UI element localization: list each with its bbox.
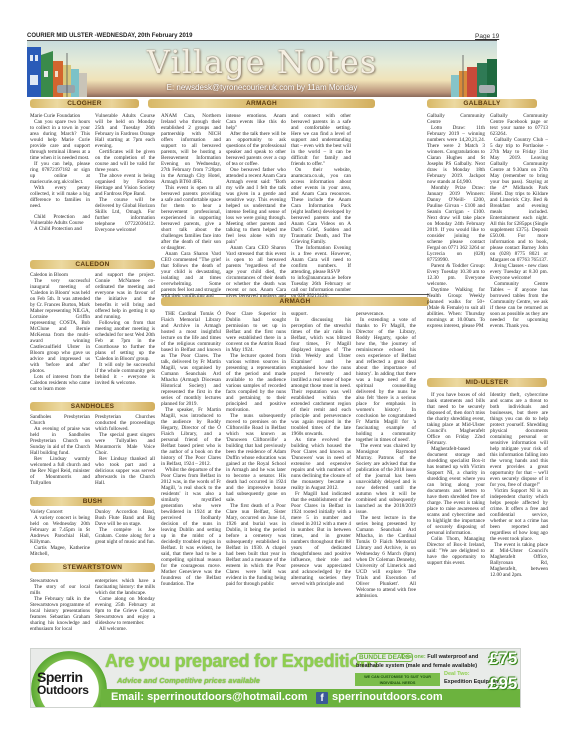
sperrin-outdoors-advert[interactable]: Sperrin Outdoors Are you prepared for Ex…	[30, 648, 521, 708]
deal-one: Deal one: Full waterproof and	[401, 654, 478, 660]
midulster-col-1: If you have boxes of old bank statements…	[427, 392, 485, 566]
section-header-bush: BUSH	[30, 497, 155, 506]
banner-title: Village Notes	[27, 43, 497, 81]
sandholes-col-2: Presbyterian Churches conducted the proc…	[95, 414, 155, 486]
advert-website-link[interactable]: sperrinoutdoors.com	[332, 691, 443, 703]
stewartstown-col-2: enterprises which have a fascinating his…	[95, 578, 155, 632]
facebook-icon[interactable]: f	[316, 692, 328, 704]
price-deal-two: £95	[489, 674, 517, 694]
galbally-col-2: Galbally Community Centre Facebook page …	[490, 113, 548, 329]
armagh2-col-1: THE Cardinal Tomás Ó Fiaich Memorial Lib…	[161, 311, 221, 587]
caledon-col-1: Caledon in Bloom The very successful ina…	[30, 272, 90, 392]
bush-col-1: Variety Concert A variety concert is bei…	[30, 509, 90, 557]
sandholes-col-1: Sandholes Presbyterian Church An evening…	[30, 414, 90, 486]
price-deal-one: £75	[489, 649, 517, 669]
page-number: Page 19	[475, 33, 499, 40]
advert-subline: Advice and Competitive prices available	[117, 676, 260, 685]
village-notes-banner: Village Notes E: newsdesk@tyronecourier.…	[27, 41, 497, 97]
section-header-armagh: ARMAGH	[148, 99, 375, 108]
caledon-col-2: and support the project. Connie McNamee …	[95, 272, 155, 386]
deal-two-label: Deal Two:	[444, 671, 470, 677]
armagh1-col-2: intense emotions. Anam Cara events like …	[226, 113, 286, 305]
customise-badge: WE CAN CUSTOMISE TO SUIT YOUR INDIVIDUAL…	[355, 673, 440, 686]
armagh1-col-3: and connect with other bereaved parents …	[291, 113, 351, 299]
clogher-col-1: Marie Curie Foundation Can you spare two…	[30, 113, 90, 232]
advert-headline: Are you prepared for Expedition?	[105, 651, 381, 672]
bush-col-2: Dunloy Accordion Band, Bush Flute Band a…	[95, 509, 155, 545]
section-header-clogher: CLOGHER	[30, 99, 139, 108]
armagh2-col-2: Poor Clare Superior in Dublin had sought…	[226, 311, 286, 587]
armagh-divider	[161, 294, 429, 295]
section-header-mid-ulster: MID-ULSTER	[427, 378, 547, 387]
section-header-caledon: CALEDON	[30, 260, 155, 269]
armagh2-col-4: perseverance. In extending a vote of tha…	[356, 311, 416, 599]
brand-name-line-2: Outdoors	[37, 683, 89, 697]
armagh1-col-1: ANAM Cara, Northern Ireland who through …	[161, 113, 221, 299]
banner-email: E: newsdesk@tyronecourier.uk.com by 11am…	[27, 83, 497, 92]
stewartstown-col-1: Stewartstown The story of our local mill…	[30, 578, 90, 632]
galbally-col-1: Galbally Community Centre Lotto Draw: 11…	[427, 113, 485, 329]
deal-one-detail: breathable system (male and female avail…	[356, 663, 477, 669]
section-header-stewartstown: STEWARTSTOWN	[30, 563, 155, 572]
armagh2-col-3: support. In discussing his perception of…	[291, 311, 351, 587]
advert-email-link[interactable]: Email: sperrinoutdoors@hotmail.com	[111, 691, 308, 703]
midulster-col-2: Identity theft, cybercrime and scams are…	[490, 392, 548, 578]
clogher-col-2: Vulnerable Adults Course will be held on…	[95, 113, 155, 233]
section-header-armagh-2: ARMAGH	[161, 297, 429, 306]
section-header-sandholes: SANDHOLES	[30, 402, 155, 411]
masthead: COURIER MID ULSTER -WEDNESDAY, 20th Febr…	[27, 33, 497, 39]
section-header-galbally: GALBALLY	[427, 99, 537, 108]
